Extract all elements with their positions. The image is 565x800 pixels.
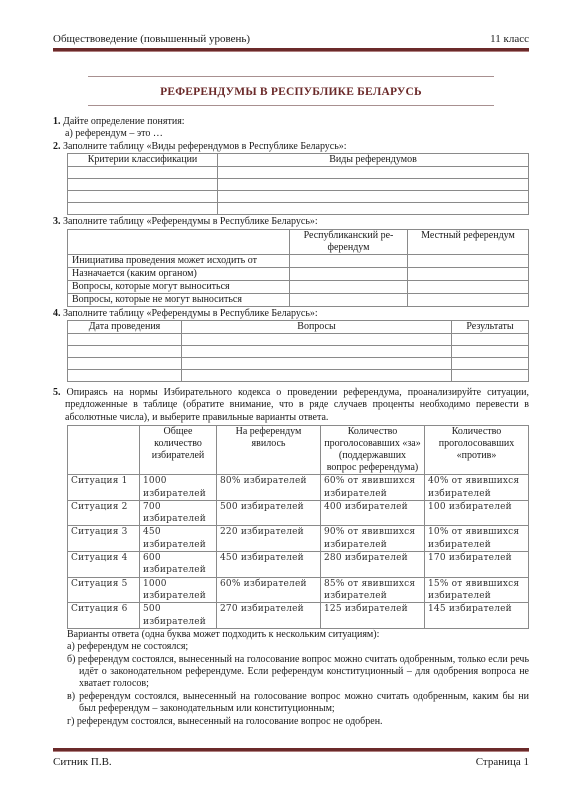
empty-cell[interactable] — [218, 191, 529, 203]
footer-rule — [53, 748, 529, 752]
comparison-table-row: Назначается (каким органом) — [68, 267, 529, 280]
situation-value: 450 избирателей — [217, 552, 321, 578]
empty-cell[interactable] — [182, 346, 452, 358]
situation-value: 10% от явившихся избирателей — [425, 526, 529, 552]
situation-value: 60% от явившихся избирателей — [321, 475, 425, 501]
header-subject: Обществоведение (повышенный уровень) — [53, 33, 250, 46]
row-label: Вопросы, которые не могут выноситься — [68, 293, 290, 306]
answer-options: Варианты ответа (одна буква может подход… — [67, 629, 529, 728]
comparison-table-header: Республиканский ре- ферендум — [290, 229, 408, 254]
answer-option: г) референдум состоялся, вынесенный на г… — [67, 716, 529, 728]
situation-row: Ситуация 2700 избирателей500 избирателей… — [68, 500, 529, 526]
task-2: 2. Заполните таблицу «Виды референдумов … — [53, 141, 529, 153]
empty-cell[interactable] — [68, 346, 182, 358]
comparison-table-header — [68, 229, 290, 254]
types-table-header: Критерии классификации — [68, 154, 218, 167]
situations-table-header: На референдум явилось — [217, 426, 321, 475]
content: 1. Дайте определение понятия: а) референ… — [53, 116, 529, 728]
situation-value: 500 избирателей — [140, 603, 217, 629]
situation-value: 85% от явившихся избирателей — [321, 577, 425, 603]
row-label: Вопросы, которые могут выноситься — [68, 280, 290, 293]
document-title: РЕФЕРЕНДУМЫ В РЕСПУБЛИКЕ БЕЛАРУСЬ — [53, 86, 529, 98]
empty-cell[interactable] — [68, 370, 182, 382]
types-table-row — [68, 167, 529, 179]
page-header: Обществоведение (повышенный уровень) 11 … — [53, 33, 529, 46]
situation-value: 280 избирателей — [321, 552, 425, 578]
history-table-header: Вопросы — [182, 321, 452, 334]
task-1-number: 1. — [53, 116, 61, 127]
task-2-text: Заполните таблицу «Виды референдумов в Р… — [63, 141, 347, 152]
situation-value: 145 избирателей — [425, 603, 529, 629]
situation-value: 450 избирателей — [140, 526, 217, 552]
empty-cell[interactable] — [68, 358, 182, 370]
empty-cell[interactable] — [452, 370, 529, 382]
history-table-row — [68, 346, 529, 358]
situation-row: Ситуация 51000 избирателей60% избирателе… — [68, 577, 529, 603]
row-label: Инициатива проведения может исходить от — [68, 254, 290, 267]
empty-cell[interactable] — [68, 191, 218, 203]
task-2-number: 2. — [53, 141, 61, 152]
header-grade: 11 класс — [490, 33, 529, 46]
empty-cell[interactable] — [452, 346, 529, 358]
history-table-header: Результаты — [452, 321, 529, 334]
empty-cell[interactable] — [182, 358, 452, 370]
task-1-text: Дайте определение понятия: — [63, 116, 185, 127]
answer-option: а) референдум не состоялся; — [67, 641, 529, 653]
types-table-row — [68, 191, 529, 203]
answer-option: в) референдум состоялся, вынесенный на г… — [67, 691, 529, 716]
referendums-history-table: Дата проведения Вопросы Результаты — [67, 320, 529, 382]
task-1: 1. Дайте определение понятия: — [53, 116, 529, 128]
situation-value: 700 избирателей — [140, 500, 217, 526]
situation-value: 40% от явившихся избирателей — [425, 475, 529, 501]
situation-value: 100 избирателей — [425, 500, 529, 526]
empty-cell[interactable] — [68, 167, 218, 179]
empty-cell[interactable] — [290, 280, 408, 293]
situation-value: 500 избирателей — [217, 500, 321, 526]
situations-table-header: Общее количество избирателей — [140, 426, 217, 475]
empty-cell[interactable] — [290, 267, 408, 280]
footer-author: Ситник П.В. — [53, 756, 112, 768]
history-table-row — [68, 358, 529, 370]
situation-value: 1000 избирателей — [140, 475, 217, 501]
empty-cell[interactable] — [68, 179, 218, 191]
task-1-item: а) референдум – это … — [53, 128, 529, 140]
referendums-comparison-table: Республиканский ре- ферендум Местный реф… — [67, 229, 529, 307]
title-top-rule — [88, 76, 494, 77]
empty-cell[interactable] — [182, 334, 452, 346]
situation-label: Ситуация 2 — [68, 500, 140, 526]
empty-cell[interactable] — [452, 358, 529, 370]
situation-value: 600 избирателей — [140, 552, 217, 578]
situation-label: Ситуация 4 — [68, 552, 140, 578]
footer-page-number: Страница 1 — [476, 756, 529, 768]
header-rule — [53, 48, 529, 52]
answer-option: б) референдум состоялся, вынесенный на г… — [67, 654, 529, 691]
empty-cell[interactable] — [408, 293, 529, 306]
task-3-text: Заполните таблицу «Референдумы в Республ… — [63, 216, 318, 227]
answers-intro: Варианты ответа (одна буква может подход… — [67, 629, 529, 641]
empty-cell[interactable] — [182, 370, 452, 382]
situations-table: Общее количество избирателейНа референду… — [67, 425, 529, 629]
situation-label: Ситуация 3 — [68, 526, 140, 552]
empty-cell[interactable] — [408, 280, 529, 293]
empty-cell[interactable] — [290, 293, 408, 306]
empty-cell[interactable] — [218, 179, 529, 191]
situations-table-header: Количество проголосовавших «против» — [425, 426, 529, 475]
situation-value: 90% от явившихся избирателей — [321, 526, 425, 552]
empty-cell[interactable] — [290, 254, 408, 267]
situations-table-header — [68, 426, 140, 475]
task-4-number: 4. — [53, 308, 61, 319]
types-table: Критерии классификации Виды референдумов — [67, 153, 529, 215]
situation-row: Ситуация 3450 избирателей220 избирателей… — [68, 526, 529, 552]
types-table-header: Виды референдумов — [218, 154, 529, 167]
situation-value: 270 избирателей — [217, 603, 321, 629]
row-label: Назначается (каким органом) — [68, 267, 290, 280]
comparison-table-row: Вопросы, которые не могут выноситься — [68, 293, 529, 306]
task-5: 5. Опираясь на нормы Избирательного коде… — [53, 387, 529, 424]
situation-label: Ситуация 5 — [68, 577, 140, 603]
situation-value: 15% от явившихся избирателей — [425, 577, 529, 603]
task-5-text: Опираясь на нормы Избирательного кодекса… — [65, 387, 529, 423]
history-table-header: Дата проведения — [68, 321, 182, 334]
situation-row: Ситуация 6500 избирателей270 избирателей… — [68, 603, 529, 629]
situation-value: 80% избирателей — [217, 475, 321, 501]
history-table-row — [68, 334, 529, 346]
empty-cell[interactable] — [408, 267, 529, 280]
situation-label: Ситуация 1 — [68, 475, 140, 501]
task-4-text: Заполните таблицу «Референдумы в Республ… — [63, 308, 318, 319]
situation-value: 125 избирателей — [321, 603, 425, 629]
task-4: 4. Заполните таблицу «Референдумы в Респ… — [53, 308, 529, 320]
empty-cell[interactable] — [218, 203, 529, 215]
empty-cell[interactable] — [68, 334, 182, 346]
situation-row: Ситуация 4600 избирателей450 избирателей… — [68, 552, 529, 578]
comparison-table-header: Местный референдум — [408, 229, 529, 254]
types-table-row — [68, 179, 529, 191]
empty-cell[interactable] — [408, 254, 529, 267]
task-5-number: 5. — [53, 387, 61, 398]
situation-value: 170 избирателей — [425, 552, 529, 578]
empty-cell[interactable] — [452, 334, 529, 346]
history-table-row — [68, 370, 529, 382]
situation-value: 400 избирателей — [321, 500, 425, 526]
comparison-table-row: Инициатива проведения может исходить от — [68, 254, 529, 267]
page-footer: Ситник П.В. Страница 1 — [53, 756, 529, 768]
situation-value: 1000 избирателей — [140, 577, 217, 603]
empty-cell[interactable] — [218, 167, 529, 179]
task-3-number: 3. — [53, 216, 61, 227]
situation-row: Ситуация 11000 избирателей80% избирателе… — [68, 475, 529, 501]
empty-cell[interactable] — [68, 203, 218, 215]
situations-table-header: Количество проголосовавших «за» (поддерж… — [321, 426, 425, 475]
comparison-table-row: Вопросы, которые могут выноситься — [68, 280, 529, 293]
situation-value: 60% избирателей — [217, 577, 321, 603]
types-table-row — [68, 203, 529, 215]
situation-label: Ситуация 6 — [68, 603, 140, 629]
situation-value: 220 избирателей — [217, 526, 321, 552]
title-bottom-rule — [88, 105, 494, 106]
task-3: 3. Заполните таблицу «Референдумы в Респ… — [53, 216, 529, 228]
